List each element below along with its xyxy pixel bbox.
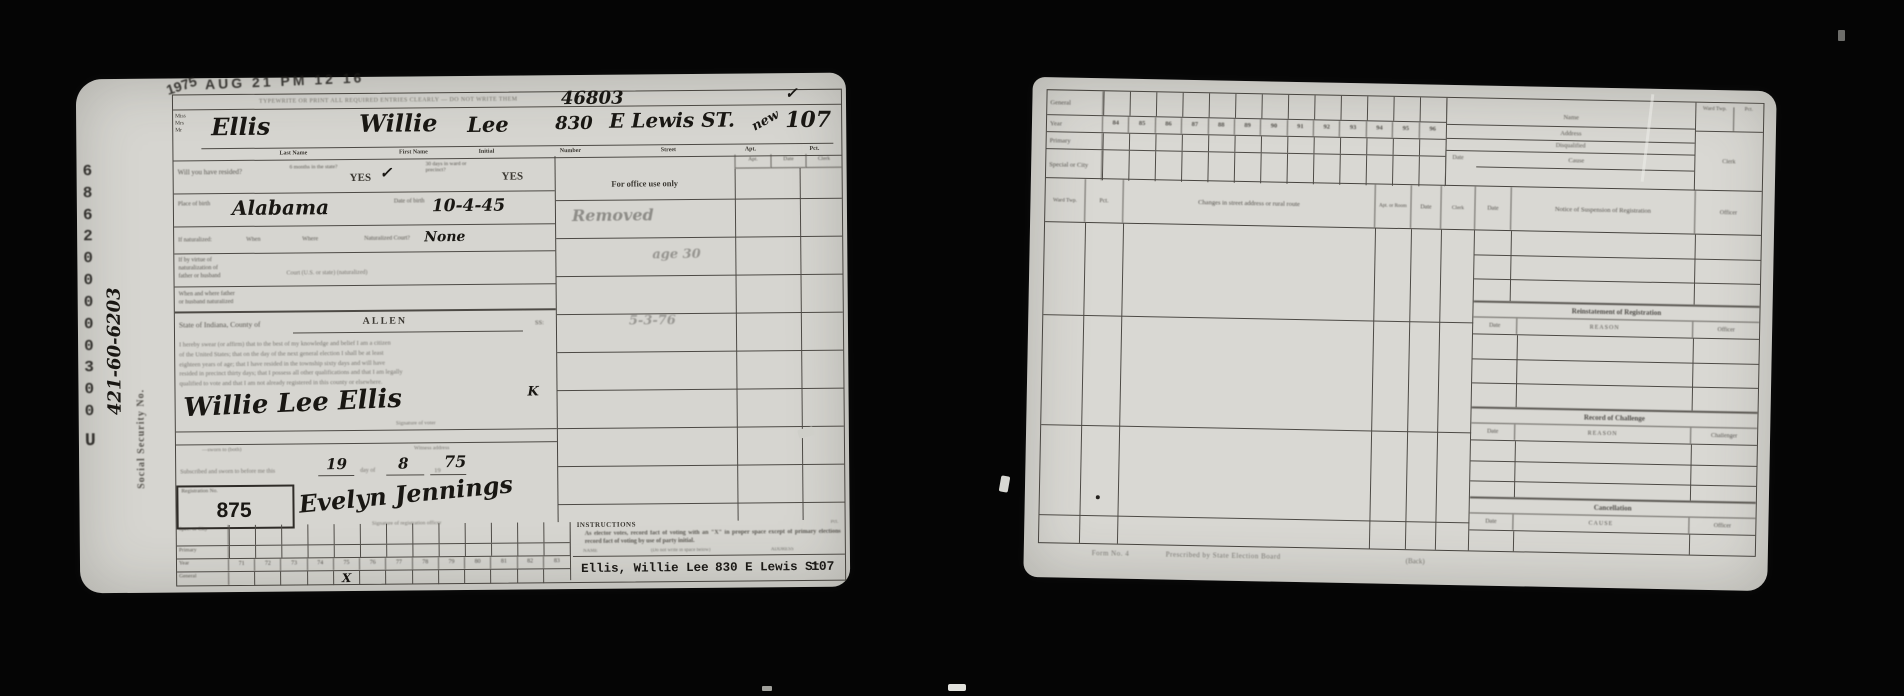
subscribed-label: Subscribed and sworn to before me this [180, 469, 275, 476]
cancellation-body [1469, 530, 1755, 555]
vote-mark-cell [308, 571, 334, 585]
vote-row-label: Spec. or City [177, 525, 229, 545]
vote-mark-cell: X [334, 571, 360, 585]
year-cell: 76 [360, 558, 386, 570]
year-cell: 81 [491, 557, 517, 569]
typed-address: 830 E Lewis St [715, 560, 820, 575]
vote-mark-cell [465, 570, 491, 584]
number-label: Number [545, 148, 595, 155]
office-use-title: For office use only [570, 179, 720, 189]
office-use-column: Apt. Date Clerk For office use only Remo… [555, 154, 844, 522]
back-year-cell: 96 [1419, 122, 1446, 139]
when-label: When [246, 237, 260, 244]
naturalized-label: If naturalized: [178, 237, 212, 244]
day-of-label: day of [360, 468, 375, 475]
back-row-label: Year [1047, 115, 1103, 132]
reinstatement-date-header: Date [1473, 317, 1517, 334]
vote-mark-cell [282, 571, 308, 585]
registration-number-label: Registration No. [181, 489, 217, 495]
ink-dot [1096, 495, 1100, 499]
back-pct-label: Pct. [1734, 107, 1763, 113]
virtue-l1: If by virtue of [178, 257, 212, 264]
birth-row: Place of birth Alabama Date of birth 10-… [174, 191, 555, 227]
virtue-row: If by virtue of naturalization of father… [174, 251, 555, 287]
office-note-1: Removed [572, 205, 654, 225]
back-hrule [1473, 358, 1759, 364]
general-mark-cells: X [229, 569, 570, 585]
ssn-handwritten: 421-60-6203 [102, 115, 127, 415]
ss-label: SS: [535, 319, 544, 326]
month-value: 8 [398, 454, 409, 472]
cancellation-cause-header: CAUSE [1513, 514, 1689, 533]
changes-clerk-header: Clerk [1441, 186, 1476, 230]
back-year-cell: 95 [1393, 122, 1420, 139]
back-vrule [1510, 231, 1512, 301]
signature-mark: K [527, 384, 538, 399]
vote-mark-cell [544, 569, 570, 583]
virtue-l2: naturalization of [178, 265, 218, 272]
year-cell: 80 [465, 557, 491, 569]
voter-signature-label: Signature of voter [356, 421, 476, 428]
question-column: Will you have resided? 6 months in the s… [173, 156, 558, 525]
voter-card-front: 686200000300 U 421-60-6203 Social Securi… [76, 73, 850, 594]
back-vrule [1692, 339, 1694, 411]
signature-row: Willie Lee Ellis K Signature of voter [175, 388, 556, 432]
vote-cells-empty [229, 522, 570, 545]
back-top-band: General Year 84858687888990919293949596 … [1046, 90, 1764, 192]
back-year-cell: 84 [1103, 116, 1130, 133]
cancellation-officer-header: Officer [1689, 518, 1755, 535]
changes-title-header: Changes in street address or rural route [1123, 180, 1376, 228]
yes2-value: YES [502, 171, 524, 183]
back-vrule [1690, 445, 1692, 501]
suspension-officer-header: Officer [1695, 191, 1762, 235]
yes1-value: YES [350, 173, 372, 185]
date-stamp: 1975 AUG 21 PM 12 16 [166, 69, 365, 94]
pct-label: Pct. [799, 146, 829, 153]
month-underline [386, 474, 424, 475]
back-vrule [1516, 335, 1518, 407]
microfilm-frame: { "colors": {"background":"#050505","car… [0, 0, 1904, 696]
prescribed-by: Prescribed by State Election Board [1166, 552, 1281, 562]
vote-row-label: General [177, 572, 229, 585]
apt-label: Apt. [735, 146, 765, 153]
vote-mark-cell [360, 571, 386, 585]
office-apt-header: Apt. [734, 154, 770, 168]
print-instruction: TYPEWRITE OR PRINT ALL REQUIRED ENTRIES … [259, 97, 518, 106]
naturalized-value: None [424, 229, 465, 245]
back-hrule [1475, 254, 1761, 260]
state-county-label: State of Indiana, County of [179, 321, 261, 330]
instructions-name-label: NAME [583, 549, 598, 555]
back-vrule [1694, 235, 1696, 305]
vote-mark-cell [229, 572, 255, 586]
resided-sub1: 6 months in the state? [290, 165, 342, 171]
back-year-cell: 94 [1367, 121, 1394, 138]
when-where-l2: or husband naturalized [179, 299, 234, 306]
virtue-note: Court (U.S. or state) (naturalized) [286, 270, 367, 277]
back-vrule [1435, 230, 1442, 550]
back-vrule [1369, 229, 1376, 549]
place-of-birth-label: Place of birth [178, 201, 220, 208]
back-rule [1476, 166, 1694, 171]
back-row-label: Primary [1047, 132, 1103, 149]
office-date-header: Date [770, 154, 805, 168]
changes-pct-header: Pct. [1085, 179, 1124, 223]
back-body-right: Reinstatement of Registration Date REASO… [1469, 230, 1761, 555]
new-annotation: new [749, 107, 782, 134]
typed-precinct: 107 [811, 559, 835, 574]
back-name-label: Name [1447, 112, 1695, 124]
film-artifact [1838, 30, 1845, 41]
back-year-cell: 89 [1235, 119, 1262, 136]
date-of-birth-value: 10-4-45 [432, 196, 505, 217]
year-cell: 79 [439, 557, 465, 569]
changes-date-header: Date [1411, 185, 1442, 229]
film-artifact [999, 475, 1011, 492]
reinstatement-officer-header: Officer [1693, 322, 1759, 339]
registration-form: TYPEWRITE OR PRINT ALL REQUIRED ENTRIES … [172, 89, 846, 587]
challenge-challenger-header: Challenger [1691, 428, 1757, 445]
year-cell: 75 [334, 558, 360, 570]
office-note-3: 5-3-76 [629, 313, 676, 328]
vote-mark-cell [439, 570, 465, 584]
date-of-birth-label: Date of birth [394, 198, 426, 205]
reinstatement-reason-header: REASON [1517, 318, 1693, 337]
back-vrule [1514, 441, 1516, 497]
challenge-reason-header: REASON [1515, 424, 1691, 443]
sworn-label: —sworn to (both) [202, 448, 241, 454]
prefix-option: Mr [175, 128, 186, 134]
office-vrule [735, 169, 739, 521]
resided-sub2: 30 days in ward or precinct? [426, 162, 482, 174]
back-corner-block: Ward Twp. Pct. Clerk [1694, 103, 1764, 192]
back-year-cell: 92 [1314, 120, 1341, 137]
back-vrule [1513, 531, 1514, 551]
voter-card-back: General Year 84858687888990919293949596 … [1023, 77, 1776, 591]
office-note-2: age 30 [652, 247, 701, 262]
suspension-date-header: Date [1475, 186, 1512, 230]
precinct-value: 107 [785, 107, 831, 133]
back-year-cell: 93 [1340, 121, 1367, 138]
initial-label: Initial [461, 149, 511, 156]
stamp-datetime: AUG 21 PM 12 16 [205, 69, 365, 92]
vote-mark-cell [386, 570, 412, 584]
back-rule [1696, 131, 1763, 133]
checkmark: ✓ [785, 84, 798, 102]
vote-row-label: Primary [177, 546, 229, 558]
ssn-printed-label: Social Security No. [135, 229, 153, 489]
county-value: ALLEN [325, 316, 445, 328]
street-label: Street [623, 147, 713, 154]
year-cell: 82 [517, 556, 543, 568]
back-year-cell: 91 [1287, 120, 1314, 137]
year-cell: 73 [281, 558, 307, 570]
back-vrule [1405, 229, 1412, 549]
cancellation-date-header: Date [1469, 513, 1513, 530]
day-value: 19 [326, 455, 347, 473]
changes-apt-header: Apt. or Room [1375, 185, 1412, 229]
vote-row-general: General X [177, 569, 570, 585]
challenge-body [1470, 440, 1757, 501]
back-vrule [1117, 224, 1124, 544]
prefix-stack: MissMrsMr [175, 114, 186, 134]
instructions-pct-label: Pct. [831, 520, 839, 525]
last-name-value: Ellis [211, 112, 270, 142]
registration-number-value: 875 [216, 499, 251, 523]
suspension-title-header: Notice of Suspension of Registration [1511, 187, 1696, 234]
office-clerk-header: Clerk [805, 154, 841, 168]
last-name-label: Last Name [233, 150, 353, 158]
back-year-cell: 88 [1208, 118, 1235, 135]
matrix-letter: U [85, 431, 96, 451]
back-year-cell: 85 [1129, 117, 1156, 134]
back-body-left [1039, 222, 1475, 550]
day-underline [318, 475, 354, 476]
instructions-body: As elector votes, record fact of voting … [585, 528, 841, 546]
affidavit-text: I hereby swear (or affirm) that to the b… [179, 337, 553, 389]
when-where-row: When and where father or husband natural… [175, 284, 556, 313]
back-clerk-label: Clerk [1695, 159, 1762, 167]
resided-row: Will you have resided? 6 months in the s… [173, 156, 554, 194]
typed-name: Ellis, Willie Lee [581, 561, 709, 576]
back-hrule [1472, 382, 1758, 388]
naturalized-row: If naturalized: When Where Naturalized C… [174, 224, 555, 254]
suspension-body [1474, 230, 1761, 305]
vote-row-label: Year [177, 559, 229, 571]
film-artifact [948, 684, 966, 691]
county-row: State of Indiana, County of ALLEN SS: [175, 310, 556, 337]
reinstatement-body [1472, 334, 1759, 411]
back-ward-label: Ward Twp. [1696, 107, 1734, 132]
back-row-label: General [1047, 90, 1103, 115]
court-label: Naturalized Court? [364, 235, 410, 242]
year-value: 75 [444, 452, 466, 471]
back-year-cell: 87 [1182, 118, 1209, 135]
back-year-cell: 86 [1156, 117, 1183, 134]
instructions-title: INSTRUCTIONS [577, 521, 636, 529]
vote-mark-cell [491, 570, 517, 584]
back-label: (Back) [1406, 558, 1425, 566]
back-form: General Year 84858687888990919293949596 … [1038, 89, 1765, 557]
year-cell: 72 [255, 559, 281, 571]
back-vote-grid: General Year 84858687888990919293949596 … [1046, 90, 1448, 186]
film-artifact [762, 686, 772, 691]
back-year-cell: 90 [1261, 119, 1288, 136]
vote-mark-cell [255, 572, 281, 586]
back-vrule [1689, 535, 1690, 555]
challenge-date-header: Date [1471, 423, 1515, 440]
registration-number-box: Registration No. 875 [176, 484, 294, 529]
office-vrule [800, 168, 804, 520]
vote-mark-cell [518, 569, 544, 583]
back-hrule [1471, 460, 1757, 466]
changes-ward-header: Ward Twp. [1045, 178, 1086, 222]
year-cell: 77 [386, 557, 412, 569]
house-number-value: 830 [555, 113, 593, 134]
back-row-label: Special or City [1046, 149, 1103, 180]
vote-mark-cell [413, 570, 439, 584]
where-label: Where [302, 236, 318, 243]
voting-record-grid: Spec. or City Primary Year 7172737475767… [177, 522, 571, 583]
back-date-label: Date [1452, 155, 1463, 162]
name-row: MissMrsMr Ellis Willie Lee 830 E Lewis S… [173, 105, 841, 162]
yes-checkmark: ✓ [380, 164, 393, 182]
first-name-label: First Name [368, 149, 458, 156]
year-cell: 78 [413, 557, 439, 569]
form-number: Form No. 4 [1092, 550, 1130, 558]
year-cell: 74 [308, 558, 334, 570]
when-where-l1: When and where father [179, 291, 235, 298]
back-hrule [1470, 480, 1756, 486]
street-value: E Lewis ST. [609, 108, 735, 133]
affidavit-block: I hereby swear (or affirm) that to the b… [175, 334, 556, 391]
back-hrule [1474, 278, 1760, 284]
initial-value: Lee [467, 112, 509, 137]
place-of-birth-value: Alabama [232, 195, 329, 220]
year-cell: 71 [229, 559, 255, 571]
virtue-l3: father or husband [178, 273, 220, 280]
back-cause-label: Cause [1486, 156, 1666, 166]
county-underline [293, 330, 523, 333]
year-cell: 83 [544, 556, 570, 568]
instructions-address-label: ADDRESS [771, 547, 794, 553]
instructions-note: (Do not write in space below) [651, 548, 711, 554]
resided-question: Will you have resided? [178, 169, 243, 177]
first-name-value: Willie [359, 108, 438, 138]
back-vrule [1079, 223, 1086, 543]
back-info-block: Name Address Disqualified Date Cause [1446, 98, 1696, 191]
instructions-block: INSTRUCTIONS As elector votes, record fa… [577, 520, 845, 556]
